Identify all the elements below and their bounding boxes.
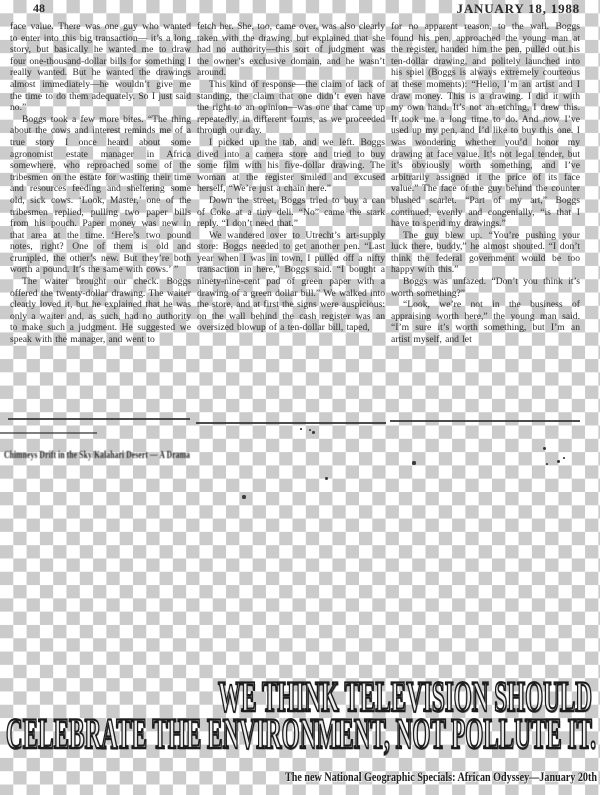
page-number: 48 xyxy=(33,1,45,15)
article-column-left: face value. There was one guy who wanted… xyxy=(10,21,191,412)
dust-speck xyxy=(543,447,546,450)
article-paragraph: face value. There was one guy who wanted… xyxy=(10,21,191,114)
ad-headline-line2: CELEBRATE THE ENVIRONMENT, NOT POLLUTE I… xyxy=(6,713,596,756)
article-column-middle: fetch her. She, too, came over, was also… xyxy=(197,21,385,412)
article-paragraph: The guy blew up. “You’re pushing your lu… xyxy=(391,230,580,276)
dust-speck xyxy=(309,429,311,431)
article-paragraph: Boggs was unfazed. “Don’t you think it’s… xyxy=(391,276,580,299)
dust-speck xyxy=(312,431,315,434)
article-paragraph: for no apparent reason, to the wall. Bog… xyxy=(391,21,580,230)
cutout-caption: Chimneys Drift in the Sky/Kalahari Deser… xyxy=(4,448,190,462)
transparent-checkerboard-canvas: 48 JANUARY 18, 1988 face value. There wa… xyxy=(0,0,600,795)
article-paragraph: The waiter brought our check. Boggs offe… xyxy=(10,276,191,346)
dust-speck xyxy=(300,428,302,430)
article-paragraph: Boggs took a few more bites. “The thing … xyxy=(10,114,191,276)
article-paragraph: We wandered over to Utrecht’s art-supply… xyxy=(197,230,385,334)
dust-speck xyxy=(546,463,548,465)
article-column-right: for no apparent reason, to the wall. Bog… xyxy=(391,21,580,412)
article-paragraph: “Look, we’re not in the business of appr… xyxy=(391,299,580,345)
column-bottom-rule-middle xyxy=(196,422,386,424)
dust-speck xyxy=(325,477,328,480)
dust-speck xyxy=(563,457,565,459)
column-bottom-rule-left xyxy=(8,418,190,420)
dust-speck xyxy=(412,461,416,465)
dust-speck xyxy=(557,460,560,463)
column-bottom-rule-right xyxy=(390,420,580,422)
article-paragraph: fetch her. She, too, came over, was also… xyxy=(197,21,385,79)
ad-tagline: The new National Geographic Specials: Af… xyxy=(285,769,597,784)
article-paragraph: I picked up the tab, and we left. Boggs … xyxy=(197,137,385,195)
dust-speck xyxy=(242,495,246,499)
torn-edge-fragment xyxy=(0,432,97,434)
article-paragraph: This kind of response—the claim of lack … xyxy=(197,79,385,137)
header-date: JANUARY 18, 1988 xyxy=(457,1,580,16)
article-paragraph: Down the street, Boggs tried to buy a ca… xyxy=(197,195,385,230)
